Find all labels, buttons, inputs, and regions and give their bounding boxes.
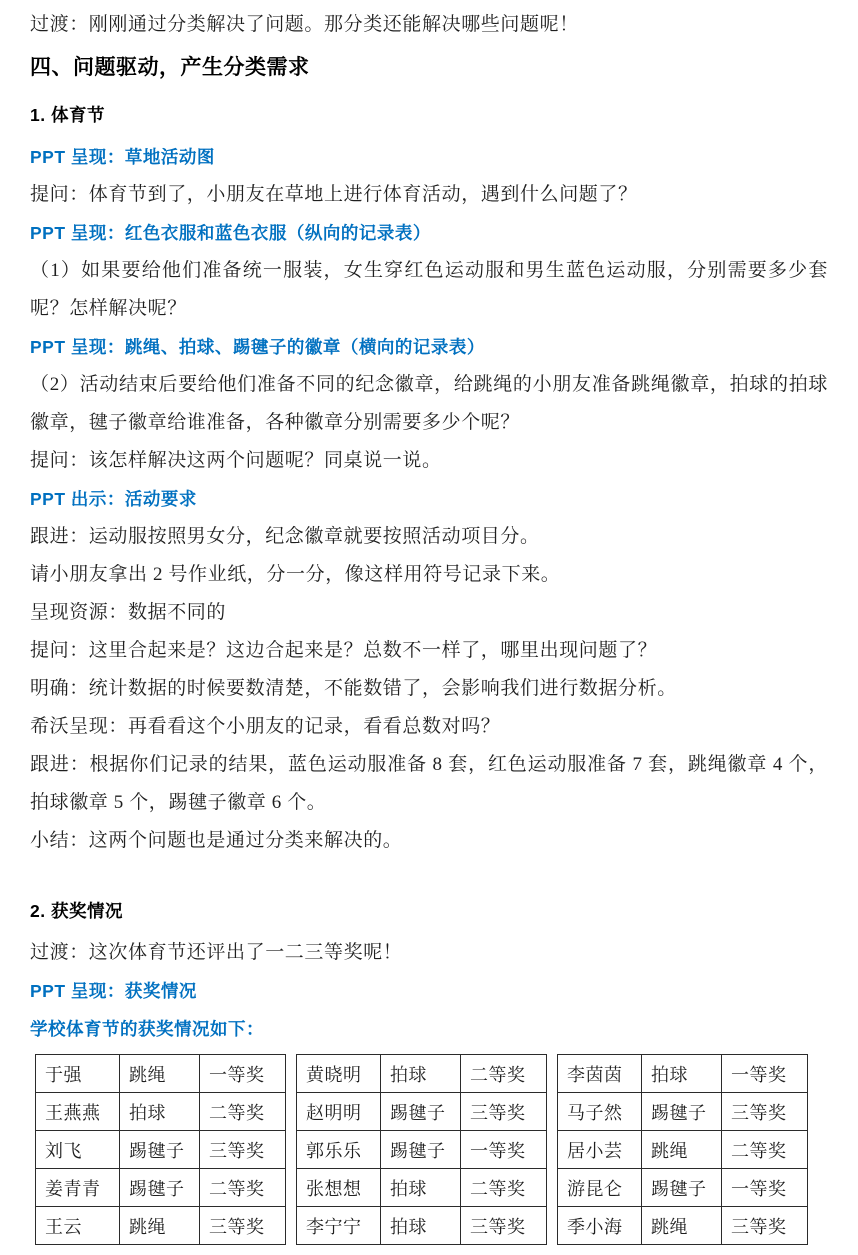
table-row: 王云 跳绳 三等奖 [36,1207,286,1245]
cell-event: 拍球 [381,1169,461,1207]
awards-tables-group: 于强 跳绳 一等奖 王燕燕 拍球 二等奖 刘飞 踢毽子 三等奖 姜青青 踢毽子 [35,1054,828,1245]
cell-award: 二等奖 [461,1169,547,1207]
cell-name: 张想想 [297,1169,381,1207]
ppt-cue-badges: PPT 呈现：跳绳、拍球、踢毽子的徽章（横向的记录表） [30,328,828,366]
cell-award: 三等奖 [722,1093,808,1131]
cell-name: 季小海 [558,1207,642,1245]
cell-name: 刘飞 [36,1131,120,1169]
cell-event: 踢毽子 [381,1093,461,1131]
paragraph-transition-2: 过渡：这次体育节还评出了一二三等奖呢！ [30,934,828,972]
cell-award: 三等奖 [200,1131,286,1169]
paragraph-followup-1: 跟进：运动服按照男女分，纪念徽章就要按照活动项目分。 [30,518,828,556]
table-row: 于强 跳绳 一等奖 [36,1055,286,1093]
cell-award: 二等奖 [722,1131,808,1169]
cell-event: 拍球 [120,1093,200,1131]
cell-event: 拍球 [642,1055,722,1093]
paragraph-seewo: 希沃呈现：再看看这个小朋友的记录，看看总数对吗？ [30,708,828,746]
paragraph-question-1: 提问：体育节到了，小朋友在草地上进行体育活动，遇到什么问题了？ [30,176,828,214]
subheading-award-results: 2. 获奖情况 [30,888,828,934]
cell-award: 二等奖 [200,1093,286,1131]
awards-table-left: 于强 跳绳 一等奖 王燕燕 拍球 二等奖 刘飞 踢毽子 三等奖 姜青青 踢毽子 [35,1054,286,1245]
awards-table-right: 李茵茵 拍球 一等奖 马子然 踢毽子 三等奖 居小芸 跳绳 二等奖 游昆仑 踢毽… [557,1054,808,1245]
cell-event: 踢毽子 [120,1131,200,1169]
cell-name: 于强 [36,1055,120,1093]
cell-name: 李宁宁 [297,1207,381,1245]
table-row: 张想想 拍球 二等奖 [297,1169,547,1207]
paragraph-resource: 呈现资源：数据不同的 [30,594,828,632]
table-row: 赵明明 踢毽子 三等奖 [297,1093,547,1131]
paragraph-item-1: （1）如果要给他们准备统一服装，女生穿红色运动服和男生蓝色运动服，分别需要多少套… [30,252,828,328]
cell-award: 一等奖 [722,1169,808,1207]
cell-award: 三等奖 [461,1093,547,1131]
ppt-cue-award-results: PPT 呈现：获奖情况 [30,972,828,1010]
cell-award: 二等奖 [461,1055,547,1093]
cell-event: 拍球 [381,1055,461,1093]
ppt-cue-red-blue-clothes: PPT 呈现：红色衣服和蓝色衣服（纵向的记录表） [30,214,828,252]
cell-award: 三等奖 [722,1207,808,1245]
table-row: 季小海 跳绳 三等奖 [558,1207,808,1245]
cell-name: 马子然 [558,1093,642,1131]
blank-line [30,860,828,888]
cell-name: 赵明明 [297,1093,381,1131]
cell-event: 跳绳 [120,1207,200,1245]
section-heading-4: 四、问题驱动，产生分类需求 [30,44,828,92]
cell-name: 黄晓明 [297,1055,381,1093]
cell-event: 拍球 [381,1207,461,1245]
table-row: 姜青青 踢毽子 二等奖 [36,1169,286,1207]
paragraph-question-3: 提问：这里合起来是？这边合起来是？总数不一样了，哪里出现问题了？ [30,632,828,670]
table-row: 李宁宁 拍球 三等奖 [297,1207,547,1245]
ppt-cue-activity-rules: PPT 出示：活动要求 [30,480,828,518]
cell-event: 踢毽子 [120,1169,200,1207]
ppt-cue-grass-activity: PPT 呈现：草地活动图 [30,138,828,176]
cell-award: 三等奖 [461,1207,547,1245]
cell-event: 踢毽子 [642,1093,722,1131]
cell-award: 一等奖 [200,1055,286,1093]
cell-event: 跳绳 [642,1207,722,1245]
table-row: 游昆仑 踢毽子 一等奖 [558,1169,808,1207]
table-row: 马子然 踢毽子 三等奖 [558,1093,808,1131]
subheading-sports-festival: 1. 体育节 [30,92,828,138]
cell-name: 王云 [36,1207,120,1245]
paragraph-item-2: （2）活动结束后要给他们准备不同的纪念徽章，给跳绳的小朋友准备跳绳徽章，拍球的拍… [30,366,828,442]
cell-event: 踢毽子 [381,1131,461,1169]
paragraph-followup-2: 跟进：根据你们记录的结果，蓝色运动服准备 8 套，红色运动服准备 7 套，跳绳徽… [30,746,828,822]
table-row: 居小芸 跳绳 二等奖 [558,1131,808,1169]
table-row: 刘飞 踢毽子 三等奖 [36,1131,286,1169]
awards-table-caption: 学校体育节的获奖情况如下： [30,1010,828,1048]
cell-award: 一等奖 [461,1131,547,1169]
table-row: 李茵茵 拍球 一等奖 [558,1055,808,1093]
cell-name: 姜青青 [36,1169,120,1207]
table-row: 黄晓明 拍球 二等奖 [297,1055,547,1093]
awards-table-middle: 黄晓明 拍球 二等奖 赵明明 踢毽子 三等奖 郭乐乐 踢毽子 一等奖 张想想 拍… [296,1054,547,1245]
cell-award: 二等奖 [200,1169,286,1207]
cell-name: 郭乐乐 [297,1131,381,1169]
cell-event: 跳绳 [642,1131,722,1169]
table-row: 王燕燕 拍球 二等奖 [36,1093,286,1131]
cell-event: 踢毽子 [642,1169,722,1207]
document-page: 过渡：刚刚通过分类解决了问题。那分类还能解决哪些问题呢！ 四、问题驱动，产生分类… [0,0,858,1255]
cell-name: 李茵茵 [558,1055,642,1093]
cell-award: 一等奖 [722,1055,808,1093]
table-row: 郭乐乐 踢毽子 一等奖 [297,1131,547,1169]
cell-name: 居小芸 [558,1131,642,1169]
paragraph-summary: 小结：这两个问题也是通过分类来解决的。 [30,822,828,860]
paragraph-worksheet: 请小朋友拿出 2 号作业纸，分一分，像这样用符号记录下来。 [30,556,828,594]
cell-name: 王燕燕 [36,1093,120,1131]
paragraph-question-2: 提问：该怎样解决这两个问题呢？同桌说一说。 [30,442,828,480]
cell-name: 游昆仑 [558,1169,642,1207]
paragraph-transition-1: 过渡：刚刚通过分类解决了问题。那分类还能解决哪些问题呢！ [30,6,828,44]
cell-event: 跳绳 [120,1055,200,1093]
cell-award: 三等奖 [200,1207,286,1245]
paragraph-clarify: 明确：统计数据的时候要数清楚，不能数错了，会影响我们进行数据分析。 [30,670,828,708]
